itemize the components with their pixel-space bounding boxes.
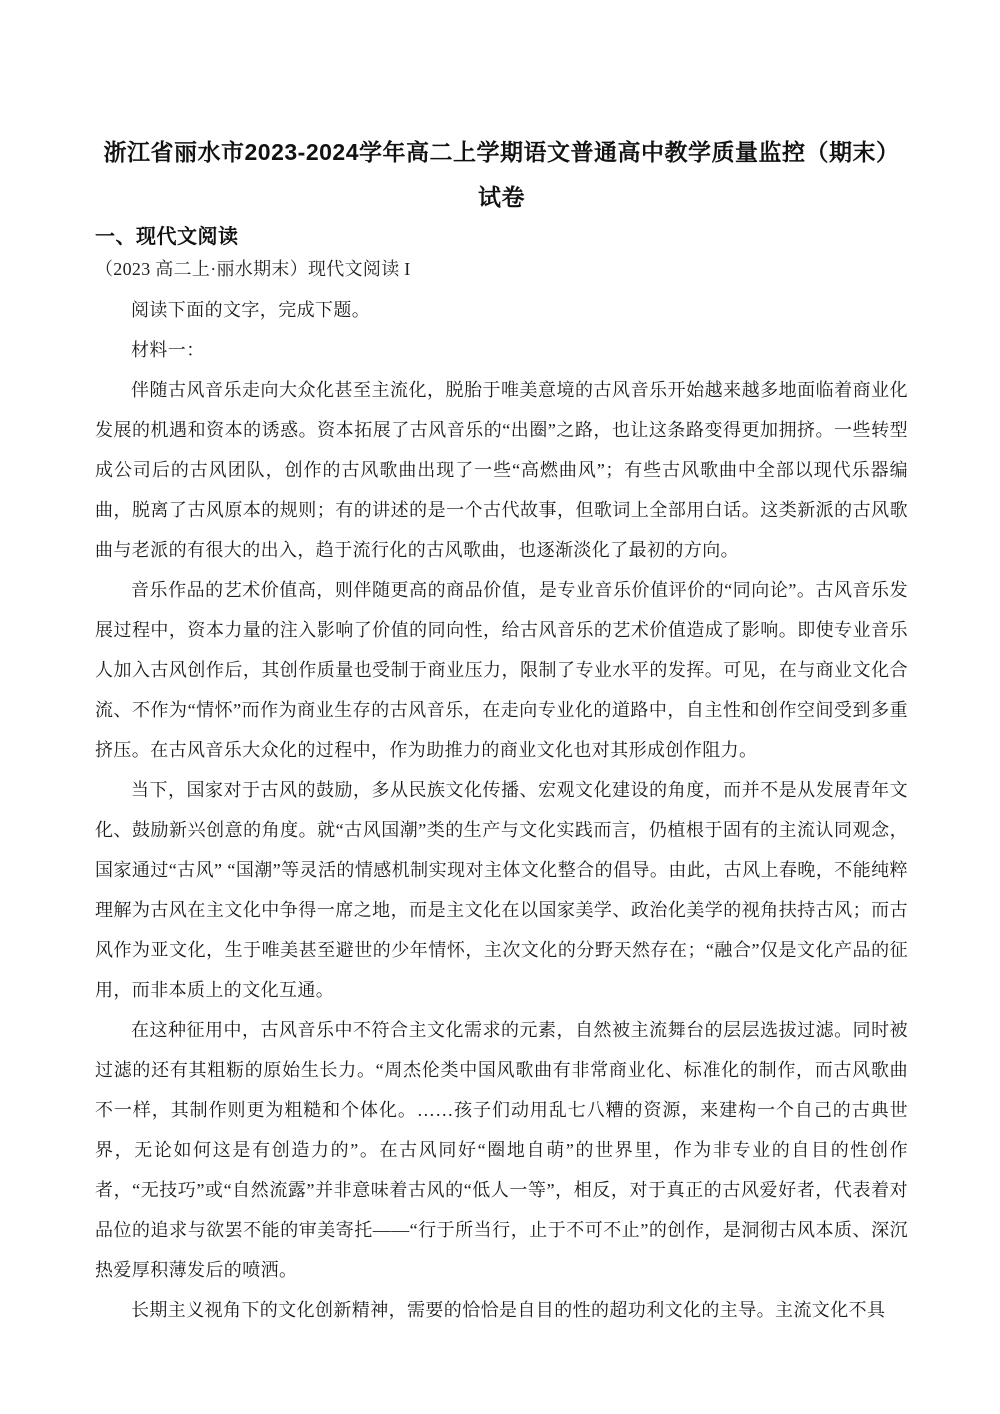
instruction-line: 阅读下面的文字，完成下题。 bbox=[95, 290, 908, 330]
reading-material: 阅读下面的文字，完成下题。 材料一： 伴随古风音乐走向大众化甚至主流化，脱胎于唯… bbox=[95, 290, 908, 1330]
body-paragraph: 长期主义视角下的文化创新精神，需要的恰恰是自目的性的超功利文化的主导。主流文化不… bbox=[95, 1290, 908, 1330]
document-page: 浙江省丽水市2023-2024学年高二上学期语文普通高中教学质量监控（期末） 试… bbox=[0, 0, 1000, 1414]
document-title-line1: 浙江省丽水市2023-2024学年高二上学期语文普通高中教学质量监控（期末） bbox=[95, 130, 908, 175]
document-title-line2: 试卷 bbox=[95, 175, 908, 220]
body-paragraph: 音乐作品的艺术价值高，则伴随更高的商品价值，是专业音乐价值评价的“同向论”。古风… bbox=[95, 570, 908, 770]
body-paragraph: 伴随古风音乐走向大众化甚至主流化，脱胎于唯美意境的古风音乐开始越来越多地面临着商… bbox=[95, 370, 908, 570]
body-paragraph: 当下，国家对于古风的鼓励，多从民族文化传播、宏观文化建设的角度，而并不是从发展青… bbox=[95, 770, 908, 1010]
section-heading-modern-reading: 一、现代文阅读 bbox=[95, 222, 908, 252]
material-label: 材料一： bbox=[95, 330, 908, 370]
body-paragraph: 在这种征用中，古风音乐中不符合主文化需求的元素，自然被主流舞台的层层选拔过滤。同… bbox=[95, 1010, 908, 1290]
document-title: 浙江省丽水市2023-2024学年高二上学期语文普通高中教学质量监控（期末） 试… bbox=[95, 130, 908, 220]
exam-source-note: （2023 高二上·丽水期末）现代文阅读 I bbox=[95, 254, 908, 284]
